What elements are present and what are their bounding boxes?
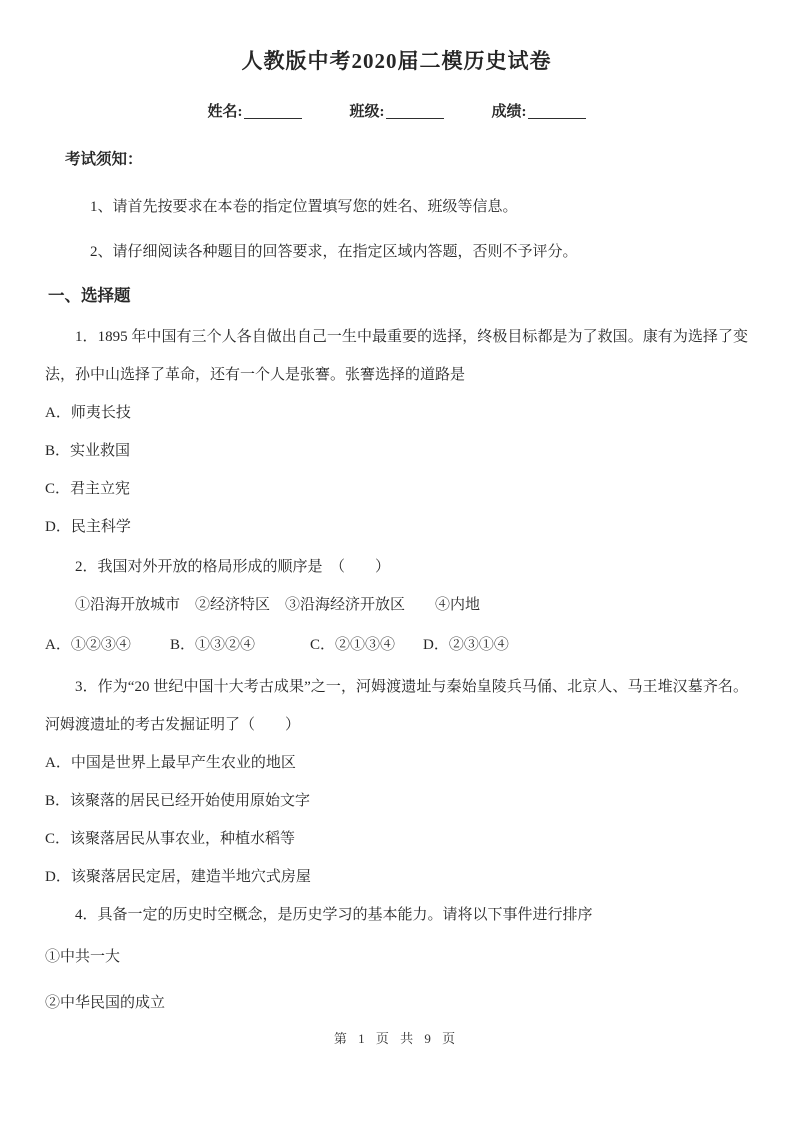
question-4-stem: 4．具备一定的历史时空概念，是历史学习的基本能力。请将以下事件进行排序 [45, 896, 748, 934]
exam-document: 人教版中考2020届二模历史试卷 姓名: 班级: 成绩: 考试须知： 1、请首先… [0, 0, 800, 1048]
section-heading-choice: 一、选择题 [48, 285, 748, 307]
question-1-option-a: A．师夷长技 [45, 394, 748, 432]
question-3-option-a: A．中国是世界上最早产生农业的地区 [45, 744, 748, 782]
question-3-option-b: B．该聚落的居民已经开始使用原始文字 [45, 782, 748, 820]
class-blank [386, 104, 444, 119]
question-1-option-d: D．民主科学 [45, 508, 748, 546]
score-label: 成绩: [492, 104, 527, 120]
question-2-option-a: A．①②③④ [45, 626, 170, 664]
question-2-stem: 2．我国对外开放的格局形成的顺序是 （ ） [45, 548, 748, 586]
student-info-row: 姓名: 班级: 成绩: [45, 102, 748, 122]
question-2: 2．我国对外开放的格局形成的顺序是 （ ） ①沿海开放城市 ②经济特区 ③沿海经… [45, 548, 748, 664]
question-1-option-c: C．君主立宪 [45, 470, 748, 508]
question-4-item-2: ②中华民国的成立 [45, 984, 748, 1022]
notice-heading: 考试须知： [65, 150, 748, 170]
score-field: 成绩: [492, 102, 586, 122]
question-3: 3．作为“20 世纪中国十大考古成果”之一，河姆渡遗址与秦始皇陵兵马俑、北京人、… [45, 668, 748, 896]
question-1-option-b: B．实业救国 [45, 432, 748, 470]
question-1: 1．1895 年中国有三个人各自做出自己一生中最重要的选择，终极目标都是为了救国… [45, 318, 748, 546]
score-blank [528, 104, 586, 119]
question-3-option-d: D．该聚落居民定居，建造半地穴式房屋 [45, 858, 748, 896]
page-number-footer: 第 1 页 共 9 页 [45, 1030, 748, 1048]
question-2-options-row: A．①②③④ B．①③②④ C．②①③④ D．②③①④ [45, 626, 748, 664]
question-4-item-1: ①中共一大 [45, 938, 748, 976]
notice-item-1: 1、请首先按要求在本卷的指定位置填写您的姓名、班级等信息。 [90, 197, 748, 217]
class-field: 班级: [350, 102, 444, 122]
question-3-stem: 3．作为“20 世纪中国十大考古成果”之一，河姆渡遗址与秦始皇陵兵马俑、北京人、… [45, 668, 748, 744]
question-2-option-d: D．②③①④ [423, 626, 509, 664]
question-2-sequence-items: ①沿海开放城市 ②经济特区 ③沿海经济开放区 ④内地 [45, 586, 748, 624]
notice-item-2: 2、请仔细阅读各种题目的回答要求，在指定区域内答题，否则不予评分。 [90, 242, 748, 262]
name-blank [244, 104, 302, 119]
name-label: 姓名: [208, 104, 243, 120]
question-1-stem: 1．1895 年中国有三个人各自做出自己一生中最重要的选择，终极目标都是为了救国… [45, 318, 748, 394]
page-title: 人教版中考2020届二模历史试卷 [45, 46, 748, 76]
question-4: 4．具备一定的历史时空概念，是历史学习的基本能力。请将以下事件进行排序 ①中共一… [45, 896, 748, 1022]
question-3-option-c: C．该聚落居民从事农业，种植水稻等 [45, 820, 748, 858]
question-2-option-c: C．②①③④ [310, 626, 423, 664]
question-2-option-b: B．①③②④ [170, 626, 310, 664]
class-label: 班级: [350, 104, 385, 120]
name-field: 姓名: [208, 102, 302, 122]
